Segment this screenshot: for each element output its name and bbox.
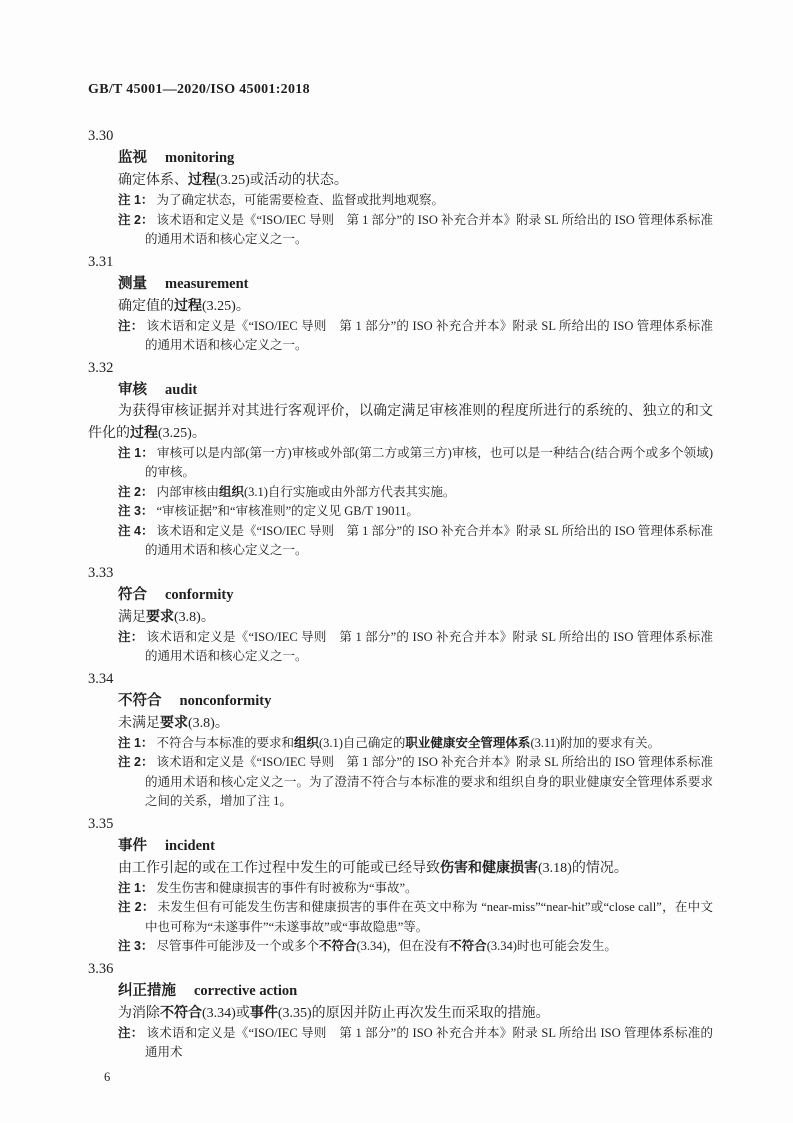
body-text: 尽管事件可能涉及一个或多个	[156, 939, 319, 953]
bold-term-text: 过程	[188, 171, 216, 187]
note-text: “审核证据”和“审核准则”的定义见 GB/T 19011。	[156, 504, 418, 518]
term-line: 监视monitoring	[118, 147, 713, 169]
note-text: 为了确定状态，可能需要检查、监督或批判地观察。	[156, 193, 444, 207]
body-text: 确定值的	[118, 299, 174, 314]
note-text: 该术语和定义是《“ISO/IEC 导则 第 1 部分”的 ISO 补充合并本》附…	[145, 755, 713, 808]
section-number: 3.33	[88, 563, 713, 584]
term-definition: 确定值的过程(3.25)。	[88, 295, 713, 317]
note-label: 注 4：	[118, 524, 153, 538]
term-chinese: 审核	[118, 382, 147, 398]
notes-block: 注 1：为了确定状态，可能需要检查、监督或批判地观察。 注 2：该术语和定义是《…	[88, 191, 713, 250]
bold-term-text: 过程	[174, 297, 202, 313]
term-definition: 为消除不符合(3.34)或事件(3.35)的原因并防止再次发生而采取的措施。	[88, 1002, 713, 1024]
note-text: 该术语和定义是《“ISO/IEC 导则 第 1 部分”的 ISO 补充合并本》附…	[145, 319, 713, 353]
term-english: measurement	[165, 276, 249, 292]
bold-term-text: 要求	[146, 608, 174, 624]
body-text: 该术语和定义是《“ISO/IEC 导则 第 1 部分”的 ISO 补充合并本》附…	[145, 755, 713, 808]
notes-block: 注 1：不符合与本标准的要求和组织(3.1)自己确定的职业健康安全管理体系(3.…	[88, 734, 713, 812]
note-text: 不符合与本标准的要求和组织(3.1)自己确定的职业健康安全管理体系(3.11)附…	[156, 736, 660, 750]
body-text: 该术语和定义是《“ISO/IEC 导则 第 1 部分”的 ISO 补充合并本》附…	[145, 1026, 713, 1060]
note-line: 注 2：未发生但有可能发生伤害和健康损害的事件在英文中称为 “near-miss…	[118, 898, 713, 937]
term-section: 3.35 事件incident 由工作引起的或在工作过程中发生的可能或已经导致伤…	[88, 814, 713, 957]
standard-code-header: GB/T 45001—2020/ISO 45001:2018	[88, 82, 713, 98]
body-text: “审核证据”和“审核准则”的定义见 GB/T 19011。	[156, 504, 418, 518]
term-section: 3.34 不符合nonconformity 未满足要求(3.8)。 注 1：不符…	[88, 669, 713, 812]
note-label: 注 3：	[118, 939, 153, 953]
body-text: 不符合与本标准的要求和	[156, 736, 294, 750]
term-section: 3.36 纠正措施corrective action 为消除不符合(3.34)或…	[88, 959, 713, 1063]
body-text: (3.34)时也可能会发生。	[487, 939, 617, 953]
body-text: (3.25)或活动的状态。	[216, 173, 348, 188]
body-text: (3.25)。	[158, 426, 206, 441]
body-text: 未满足	[118, 716, 160, 731]
body-text: 满足	[118, 610, 146, 625]
note-label: 注 3：	[118, 504, 153, 518]
body-text: 未发生但有可能发生伤害和健康损害的事件在英文中称为 “near-miss”“ne…	[145, 900, 713, 934]
section-number: 3.31	[88, 252, 713, 273]
notes-block: 注：该术语和定义是《“ISO/IEC 导则 第 1 部分”的 ISO 补充合并本…	[88, 1024, 713, 1063]
note-line: 注 2：该术语和定义是《“ISO/IEC 导则 第 1 部分”的 ISO 补充合…	[118, 753, 713, 812]
term-english: nonconformity	[180, 693, 272, 709]
section-number: 3.36	[88, 959, 713, 980]
term-chinese: 测量	[118, 276, 147, 292]
note-label: 注 1：	[118, 446, 154, 460]
note-text: 发生伤害和健康损害的事件有时被称为“事故”。	[156, 881, 417, 895]
term-english: conformity	[165, 587, 233, 603]
body-text: 为了确定状态，可能需要检查、监督或批判地观察。	[156, 193, 444, 207]
body-text: 为消除	[118, 1006, 160, 1021]
note-label: 注：	[118, 1026, 144, 1040]
body-text: (3.35)的原因并防止再次发生而采取的措施。	[278, 1006, 550, 1021]
note-line: 注 2：该术语和定义是《“ISO/IEC 导则 第 1 部分”的 ISO 补充合…	[118, 211, 713, 250]
note-text: 该术语和定义是《“ISO/IEC 导则 第 1 部分”的 ISO 补充合并本》附…	[145, 1026, 713, 1060]
note-text: 该术语和定义是《“ISO/IEC 导则 第 1 部分”的 ISO 补充合并本》附…	[145, 524, 713, 558]
term-chinese: 纠正措施	[118, 983, 176, 999]
note-label: 注 2：	[118, 213, 153, 227]
term-line: 测量measurement	[118, 273, 713, 295]
term-line: 符合conformity	[118, 584, 713, 606]
note-line: 注：该术语和定义是《“ISO/IEC 导则 第 1 部分”的 ISO 补充合并本…	[118, 1024, 713, 1063]
bold-term-text: 事件	[250, 1004, 278, 1020]
bold-term-text: 组织	[219, 485, 244, 499]
note-text: 尽管事件可能涉及一个或多个不符合(3.34)，但在没有不符合(3.34)时也可能…	[156, 939, 616, 953]
term-chinese: 事件	[118, 838, 147, 854]
note-line: 注 3：尽管事件可能涉及一个或多个不符合(3.34)，但在没有不符合(3.34)…	[118, 937, 713, 957]
body-text: 内部审核由	[156, 485, 219, 499]
term-definition: 确定体系、过程(3.25)或活动的状态。	[88, 169, 713, 191]
body-text: (3.1)自行实施或由外部方代表其实施。	[244, 485, 455, 499]
body-text: 审核可以是内部(第一方)审核或外部(第二方或第三方)审核，也可以是一种结合(结合…	[145, 446, 713, 480]
notes-block: 注：该术语和定义是《“ISO/IEC 导则 第 1 部分”的 ISO 补充合并本…	[88, 317, 713, 356]
section-number: 3.30	[88, 126, 713, 147]
note-text: 内部审核由组织(3.1)自行实施或由外部方代表其实施。	[156, 485, 455, 499]
note-line: 注 2：内部审核由组织(3.1)自行实施或由外部方代表其实施。	[118, 483, 713, 503]
note-line: 注 1：不符合与本标准的要求和组织(3.1)自己确定的职业健康安全管理体系(3.…	[118, 734, 713, 754]
note-label: 注 1：	[118, 736, 153, 750]
body-text: (3.25)。	[202, 299, 250, 314]
note-text: 该术语和定义是《“ISO/IEC 导则 第 1 部分”的 ISO 补充合并本》附…	[145, 213, 713, 247]
note-line: 注 4：该术语和定义是《“ISO/IEC 导则 第 1 部分”的 ISO 补充合…	[118, 522, 713, 561]
section-number: 3.32	[88, 358, 713, 379]
bold-term-text: 不符合	[449, 939, 487, 953]
term-chinese: 符合	[118, 587, 147, 603]
note-label: 注 2：	[118, 485, 153, 499]
term-section: 3.31 测量measurement 确定值的过程(3.25)。 注：该术语和定…	[88, 252, 713, 356]
note-label: 注：	[118, 630, 144, 644]
body-text: 该术语和定义是《“ISO/IEC 导则 第 1 部分”的 ISO 补充合并本》附…	[145, 319, 713, 353]
notes-block: 注：该术语和定义是《“ISO/IEC 导则 第 1 部分”的 ISO 补充合并本…	[88, 628, 713, 667]
note-line: 注 1：为了确定状态，可能需要检查、监督或批判地观察。	[118, 191, 713, 211]
term-line: 纠正措施corrective action	[118, 980, 713, 1002]
body-text: 确定体系、	[118, 173, 188, 188]
term-english: incident	[165, 838, 215, 854]
body-text: (3.34)，但在没有	[356, 939, 449, 953]
term-line: 事件incident	[118, 835, 713, 857]
bold-term-text: 过程	[130, 424, 158, 440]
note-line: 注：该术语和定义是《“ISO/IEC 导则 第 1 部分”的 ISO 补充合并本…	[118, 628, 713, 667]
body-text: 发生伤害和健康损害的事件有时被称为“事故”。	[156, 881, 417, 895]
term-chinese: 不符合	[118, 693, 162, 709]
note-line: 注 1：审核可以是内部(第一方)审核或外部(第二方或第三方)审核，也可以是一种结…	[118, 444, 713, 483]
term-english: monitoring	[165, 150, 234, 166]
section-number: 3.34	[88, 669, 713, 690]
bold-term-text: 不符合	[160, 1004, 202, 1020]
note-label: 注 1：	[118, 193, 153, 207]
bold-term-text: 要求	[160, 714, 188, 730]
page-number: 6	[104, 1069, 713, 1085]
body-text: (3.11)附加的要求有关。	[530, 736, 660, 750]
body-text: (3.8)。	[174, 610, 215, 625]
section-number: 3.35	[88, 814, 713, 835]
term-definition: 为获得审核证据并对其进行客观评价，以确定满足审核准则的程度所进行的系统的、独立的…	[88, 401, 713, 444]
body-text: 该术语和定义是《“ISO/IEC 导则 第 1 部分”的 ISO 补充合并本》附…	[145, 630, 713, 664]
term-line: 不符合nonconformity	[118, 690, 713, 712]
term-line: 审核audit	[118, 379, 713, 401]
note-line: 注 3：“审核证据”和“审核准则”的定义见 GB/T 19011。	[118, 502, 713, 522]
bold-term-text: 不符合	[319, 939, 357, 953]
term-section: 3.33 符合conformity 满足要求(3.8)。 注：该术语和定义是《“…	[88, 563, 713, 667]
note-label: 注 2：	[118, 900, 155, 914]
term-chinese: 监视	[118, 150, 147, 166]
term-section: 3.30 监视monitoring 确定体系、过程(3.25)或活动的状态。 注…	[88, 126, 713, 250]
body-text: (3.8)。	[188, 716, 229, 731]
notes-block: 注 1：审核可以是内部(第一方)审核或外部(第二方或第三方)审核，也可以是一种结…	[88, 444, 713, 561]
body-text: 该术语和定义是《“ISO/IEC 导则 第 1 部分”的 ISO 补充合并本》附…	[145, 524, 713, 558]
body-text: (3.34)或	[202, 1006, 250, 1021]
bold-term-text: 组织	[294, 736, 319, 750]
note-line: 注 1：发生伤害和健康损害的事件有时被称为“事故”。	[118, 879, 713, 899]
bold-term-text: 伤害和健康损害	[440, 859, 538, 875]
term-definition: 由工作引起的或在工作过程中发生的可能或已经导致伤害和健康损害(3.18)的情况。	[88, 857, 713, 879]
notes-block: 注 1：发生伤害和健康损害的事件有时被称为“事故”。 注 2：未发生但有可能发生…	[88, 879, 713, 957]
note-line: 注：该术语和定义是《“ISO/IEC 导则 第 1 部分”的 ISO 补充合并本…	[118, 317, 713, 356]
body-text: 由工作引起的或在工作过程中发生的可能或已经导致	[118, 861, 440, 876]
bold-term-text: 职业健康安全管理体系	[405, 736, 530, 750]
body-text: 该术语和定义是《“ISO/IEC 导则 第 1 部分”的 ISO 补充合并本》附…	[145, 213, 713, 247]
term-definition: 未满足要求(3.8)。	[88, 712, 713, 734]
note-text: 未发生但有可能发生伤害和健康损害的事件在英文中称为 “near-miss”“ne…	[145, 900, 713, 934]
note-label: 注：	[118, 319, 144, 333]
body-text: (3.18)的情况。	[538, 861, 628, 876]
term-english: corrective action	[194, 983, 297, 999]
terms-definitions-list: 3.30 监视monitoring 确定体系、过程(3.25)或活动的状态。 注…	[88, 126, 713, 1063]
term-section: 3.32 审核audit 为获得审核证据并对其进行客观评价，以确定满足审核准则的…	[88, 358, 713, 561]
term-definition: 满足要求(3.8)。	[88, 606, 713, 628]
note-text: 审核可以是内部(第一方)审核或外部(第二方或第三方)审核，也可以是一种结合(结合…	[145, 446, 713, 480]
document-page: GB/T 45001—2020/ISO 45001:2018 3.30 监视mo…	[0, 0, 793, 1123]
note-label: 注 1：	[118, 881, 153, 895]
term-english: audit	[165, 382, 197, 398]
note-label: 注 2：	[118, 755, 153, 769]
body-text: (3.1)自己确定的	[319, 736, 405, 750]
note-text: 该术语和定义是《“ISO/IEC 导则 第 1 部分”的 ISO 补充合并本》附…	[145, 630, 713, 664]
